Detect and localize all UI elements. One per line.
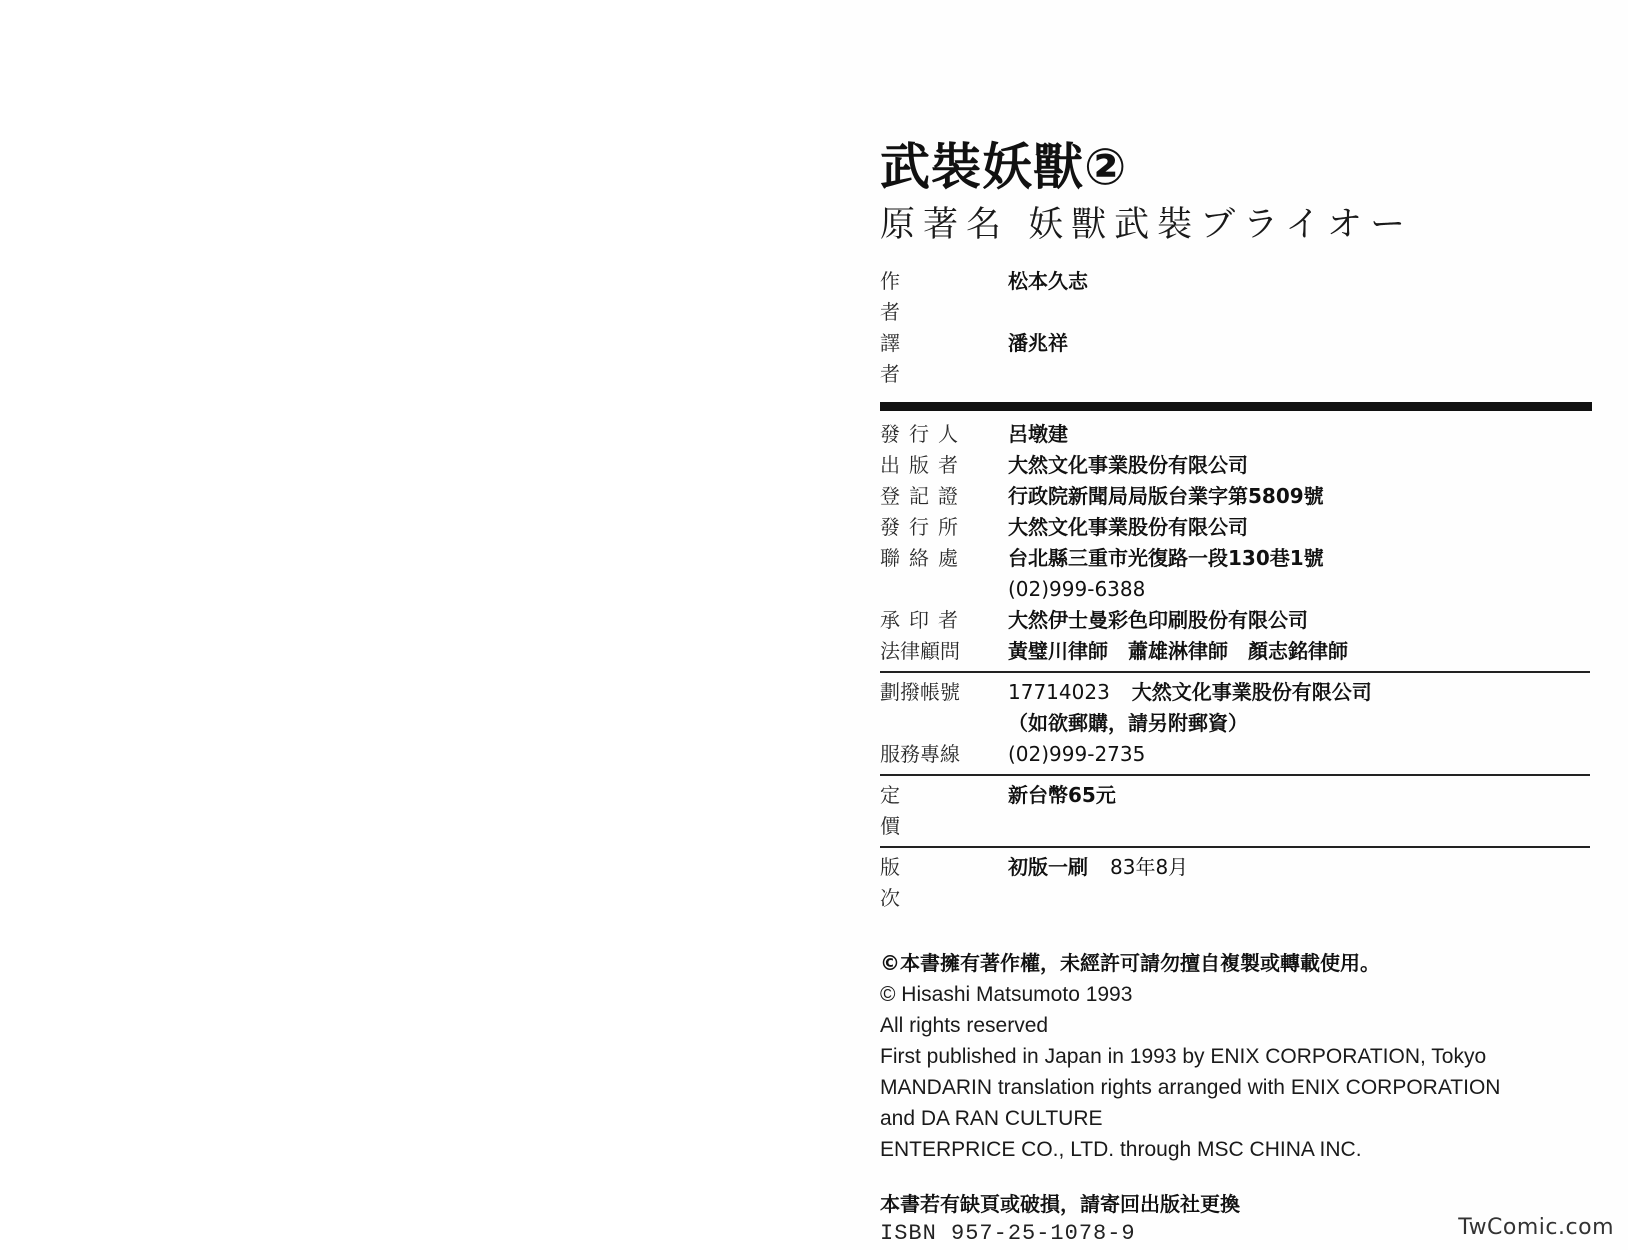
- account-row: 服務專線 (02)999-2735: [880, 739, 1592, 770]
- divider: [880, 671, 1590, 673]
- info-label: 聯絡處: [880, 543, 1008, 574]
- account-holder: 大然文化事業股份有限公司: [1132, 677, 1372, 708]
- credit-value: 松本久志: [1008, 266, 1088, 297]
- colophon-page: 武裝妖獸② 原著名 妖獸武裝ブライオー 作 者 松本久志 譯 者 潘兆祥 發行人…: [880, 136, 1592, 1248]
- mail-order-note: （如欲郵購，請另附郵資）: [1008, 708, 1248, 739]
- account-info-block: 劃撥帳號 17714023 大然文化事業股份有限公司 （如欲郵購，請另附郵資） …: [880, 677, 1592, 770]
- info-label: 出版者: [880, 450, 1008, 481]
- service-phone: (02)999-2735: [1008, 739, 1145, 770]
- info-value: (02)999-6388: [1008, 574, 1145, 605]
- info-row: 聯絡處 台北縣三重市光復路一段130巷1號: [880, 543, 1592, 574]
- copyright-en: © Hisashi Matsumoto 1993: [880, 979, 1592, 1010]
- first-published: First published in Japan in 1993 by ENIX…: [880, 1041, 1592, 1072]
- credit-label: 作 者: [880, 266, 1008, 328]
- edition-row: 版 次 初版一刷 83年8月: [880, 852, 1592, 914]
- divider: [880, 774, 1590, 776]
- credit-value: 潘兆祥: [1008, 328, 1068, 359]
- translation-rights-2: and DA RAN CULTURE: [880, 1103, 1592, 1134]
- credit-row-author: 作 者 松本久志: [880, 266, 1592, 328]
- divider: [880, 846, 1590, 848]
- rights-reserved: All rights reserved: [880, 1010, 1592, 1041]
- info-row: 發行所 大然文化事業股份有限公司: [880, 512, 1592, 543]
- info-row: 出版者 大然文化事業股份有限公司: [880, 450, 1592, 481]
- account-label: 服務專線: [880, 739, 1008, 770]
- translation-rights-3: ENTERPRICE CO., LTD. through MSC CHINA I…: [880, 1134, 1592, 1165]
- account-row: 劃撥帳號 17714023 大然文化事業股份有限公司: [880, 677, 1592, 708]
- edition-value: 初版一刷: [1008, 852, 1088, 883]
- price-value: 新台幣65元: [1008, 780, 1116, 811]
- credit-row-translator: 譯 者 潘兆祥: [880, 328, 1592, 390]
- info-value: 黃璧川律師 蕭雄淋律師 顏志銘律師: [1008, 636, 1348, 667]
- info-value: 大然伊士曼彩色印刷股份有限公司: [1008, 605, 1308, 636]
- credit-label: 譯 者: [880, 328, 1008, 390]
- price-row: 定 價 新台幣65元: [880, 780, 1592, 842]
- info-value: 呂墩建: [1008, 419, 1068, 450]
- edition-label: 版 次: [880, 852, 1008, 914]
- info-label: 發行人: [880, 419, 1008, 450]
- info-row: 承印者 大然伊士曼彩色印刷股份有限公司: [880, 605, 1592, 636]
- info-row: 法律顧問 黃璧川律師 蕭雄淋律師 顏志銘律師: [880, 636, 1592, 667]
- copyright-notices: ©本書擁有著作權，未經許可請勿擅自複製或轉載使用。 © Hisashi Mats…: [880, 948, 1592, 1248]
- info-row: 發行人 呂墩建: [880, 419, 1592, 450]
- book-title: 武裝妖獸②: [880, 136, 1592, 198]
- info-value: 行政院新聞局局版台業字第5809號: [1008, 481, 1324, 512]
- info-label: 登記證: [880, 481, 1008, 512]
- site-watermark: TwComic.com: [1458, 1215, 1614, 1240]
- info-label: 發行所: [880, 512, 1008, 543]
- info-row: (02)999-6388: [880, 574, 1592, 605]
- edition-date: 83年8月: [1110, 852, 1188, 883]
- original-title: 原著名 妖獸武裝ブライオー: [880, 202, 1592, 248]
- account-row: （如欲郵購，請另附郵資）: [880, 708, 1592, 739]
- info-value: 台北縣三重市光復路一段130巷1號: [1008, 543, 1324, 574]
- publisher-info-block: 發行人 呂墩建 出版者 大然文化事業股份有限公司 登記證 行政院新聞局局版台業字…: [880, 419, 1592, 667]
- credits-block: 作 者 松本久志 譯 者 潘兆祥: [880, 266, 1592, 390]
- info-row: 登記證 行政院新聞局局版台業字第5809號: [880, 481, 1592, 512]
- info-value: 大然文化事業股份有限公司: [1008, 450, 1248, 481]
- info-label: 承印者: [880, 605, 1008, 636]
- account-label: 劃撥帳號: [880, 677, 1008, 708]
- blank-left-page: [0, 0, 820, 1250]
- info-value: 大然文化事業股份有限公司: [1008, 512, 1248, 543]
- translation-rights-1: MANDARIN translation rights arranged wit…: [880, 1072, 1592, 1103]
- copyright-cn: ©本書擁有著作權，未經許可請勿擅自複製或轉載使用。: [880, 948, 1592, 979]
- info-label: 法律顧問: [880, 636, 1008, 667]
- thick-divider: [880, 402, 1592, 411]
- account-number: 17714023: [1008, 677, 1110, 708]
- book-spread: 武裝妖獸② 原著名 妖獸武裝ブライオー 作 者 松本久志 譯 者 潘兆祥 發行人…: [0, 0, 1628, 1250]
- price-label: 定 價: [880, 780, 1008, 842]
